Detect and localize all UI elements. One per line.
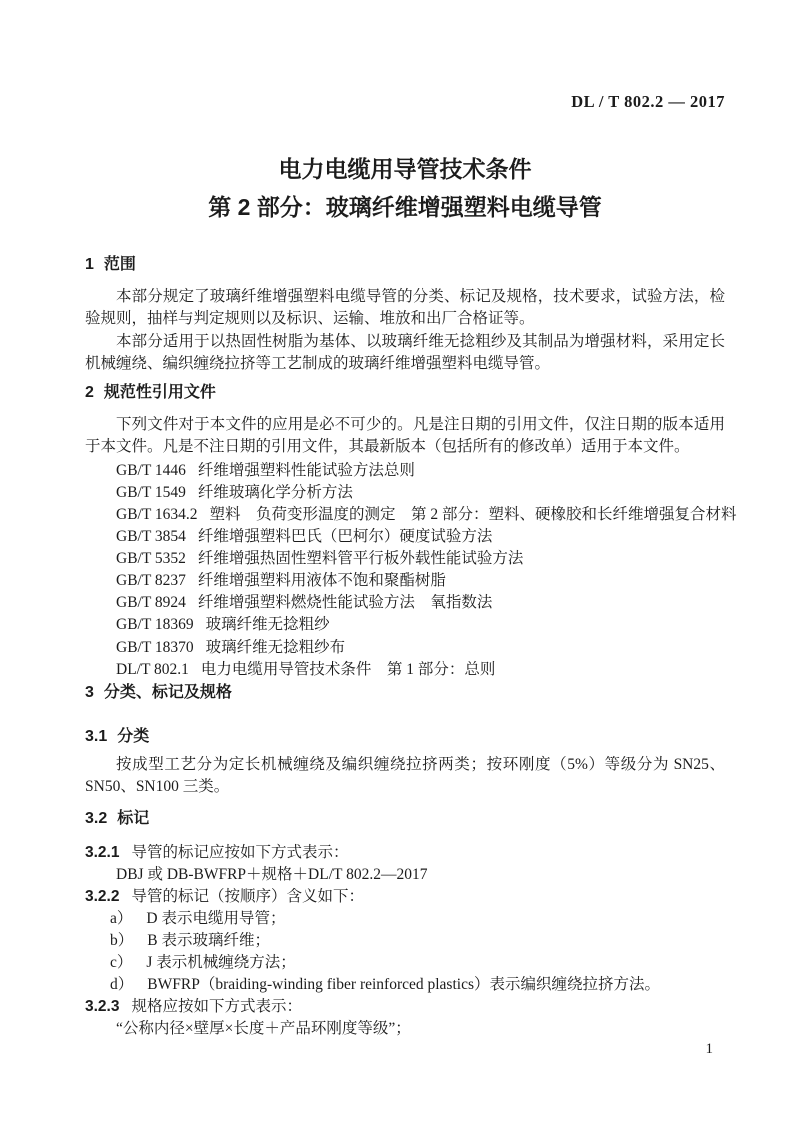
section-2-title: 规范性引用文件	[104, 384, 216, 401]
reference-item: GB/T 8924纤维增强塑料燃烧性能试验方法 氧指数法	[116, 592, 725, 614]
section-1-heading: 1范围	[85, 256, 725, 274]
clause-3-2-2-number: 3.2.2	[85, 888, 119, 905]
reference-title: 电力电缆用导管技术条件 第 1 部分：总则	[201, 661, 496, 678]
document-title-line2: 第 2 部分：玻璃纤维增强塑料电缆导管	[85, 188, 725, 226]
section-3-title: 分类、标记及规格	[104, 684, 232, 701]
reference-code: GB/T 1549	[116, 484, 186, 501]
reference-code: GB/T 1446	[116, 462, 186, 479]
reference-item: GB/T 5352纤维增强热固性塑料管平行板外载性能试验方法	[116, 548, 725, 570]
document-title-line1: 电力电缆用导管技术条件	[85, 150, 725, 188]
reference-list: GB/T 1446纤维增强塑料性能试验方法总则 GB/T 1549纤维玻璃化学分…	[85, 460, 725, 681]
list-item-text: BWFRP（braiding-winding fiber reinforced …	[147, 976, 660, 993]
reference-code: GB/T 5352	[116, 550, 186, 567]
reference-title: 纤维增强塑料燃烧性能试验方法 氧指数法	[198, 594, 493, 611]
section-1-paragraph-1: 本部分规定了玻璃纤维增强塑料电缆导管的分类、标记及规格，技术要求，试验方法，检验…	[85, 286, 725, 331]
list-item: a）D 表示电缆用导管；	[85, 908, 725, 930]
clause-3-2-3-number: 3.2.3	[85, 998, 119, 1015]
section-1-title: 范围	[104, 256, 136, 273]
reference-title: 塑料 负荷变形温度的测定 第 2 部分：塑料、硬橡胶和长纤维增强复合材料	[210, 506, 737, 523]
section-3-2-title: 标记	[117, 810, 149, 827]
reference-item: GB/T 18369玻璃纤维无捻粗纱	[116, 614, 725, 636]
section-2-heading: 2规范性引用文件	[85, 384, 725, 402]
list-item: d）BWFRP（braiding-winding fiber reinforce…	[85, 974, 725, 996]
reference-code: GB/T 1634.2	[116, 506, 198, 523]
reference-title: 纤维玻璃化学分析方法	[198, 484, 353, 501]
reference-item: GB/T 8237纤维增强塑料用液体不饱和聚酯树脂	[116, 570, 725, 592]
reference-item: GB/T 1634.2塑料 负荷变形温度的测定 第 2 部分：塑料、硬橡胶和长纤…	[116, 504, 725, 526]
section-3-2-heading: 3.2标记	[85, 810, 725, 828]
section-1-number: 1	[85, 256, 94, 273]
list-item: b）B 表示玻璃纤维；	[85, 930, 725, 952]
clause-3-2-2-text: 导管的标记（按顺序）含义如下：	[131, 888, 364, 905]
clause-3-2-3: 3.2.3规格应按如下方式表示：	[85, 996, 725, 1018]
clause-3-2-2: 3.2.2导管的标记（按顺序）含义如下：	[85, 886, 725, 908]
list-item-label: a）	[110, 910, 132, 927]
section-3-1-title: 分类	[117, 728, 149, 745]
list-item: c）J 表示机械缠绕方法；	[85, 952, 725, 974]
document-page: DL / T 802.2 — 2017 电力电缆用导管技术条件 第 2 部分：玻…	[0, 0, 803, 1122]
standard-number: DL / T 802.2 — 2017	[571, 92, 725, 112]
clause-3-2-1-number: 3.2.1	[85, 844, 119, 861]
reference-item: GB/T 18370玻璃纤维无捻粗纱布	[116, 637, 725, 659]
section-3-1-number: 3.1	[85, 728, 107, 745]
list-item-text: J 表示机械缠绕方法；	[146, 954, 295, 971]
reference-code: DL/T 802.1	[116, 661, 189, 678]
reference-item: GB/T 3854纤维增强塑料巴氏（巴柯尔）硬度试验方法	[116, 526, 725, 548]
reference-code: GB/T 8237	[116, 572, 186, 589]
reference-item: DL/T 802.1电力电缆用导管技术条件 第 1 部分：总则	[116, 659, 725, 681]
section-2-number: 2	[85, 384, 94, 401]
reference-item: GB/T 1446纤维增强塑料性能试验方法总则	[116, 460, 725, 482]
page-content: 电力电缆用导管技术条件 第 2 部分：玻璃纤维增强塑料电缆导管 1范围 本部分规…	[0, 0, 803, 1040]
clause-3-2-1-text: 导管的标记应按如下方式表示：	[131, 844, 348, 861]
reference-item: GB/T 1549纤维玻璃化学分析方法	[116, 482, 725, 504]
clause-3-2-3-text: 规格应按如下方式表示：	[131, 998, 302, 1015]
list-item-label: c）	[110, 954, 132, 971]
section-3-number: 3	[85, 684, 94, 701]
clause-3-2-1: 3.2.1导管的标记应按如下方式表示：	[85, 842, 725, 864]
section-1-paragraph-2: 本部分适用于以热固性树脂为基体、以玻璃纤维无捻粗纱及其制品为增强材料，采用定长机…	[85, 331, 725, 376]
reference-title: 纤维增强塑料用液体不饱和聚酯树脂	[198, 572, 446, 589]
document-title: 电力电缆用导管技术条件 第 2 部分：玻璃纤维增强塑料电缆导管	[85, 0, 725, 226]
reference-title: 纤维增强塑料巴氏（巴柯尔）硬度试验方法	[198, 528, 493, 545]
reference-code: GB/T 3854	[116, 528, 186, 545]
section-3-2-number: 3.2	[85, 810, 107, 827]
reference-title: 纤维增强塑料性能试验方法总则	[198, 462, 415, 479]
list-item-label: b）	[110, 932, 133, 949]
list-item-label: d）	[110, 976, 133, 993]
reference-title: 玻璃纤维无捻粗纱	[206, 616, 330, 633]
reference-title: 纤维增强热固性塑料管平行板外载性能试验方法	[198, 550, 524, 567]
section-3-heading: 3分类、标记及规格	[85, 684, 725, 702]
list-item-text: D 表示电缆用导管；	[146, 910, 285, 927]
list-item-text: B 表示玻璃纤维；	[147, 932, 270, 949]
reference-title: 玻璃纤维无捻粗纱布	[206, 639, 346, 656]
reference-code: GB/T 8924	[116, 594, 186, 611]
section-3-1-paragraph: 按成型工艺分为定长机械缠绕及编织缠绕拉挤两类；按环刚度（5%）等级分为 SN25…	[85, 754, 725, 799]
reference-code: GB/T 18370	[116, 639, 194, 656]
section-2-intro: 下列文件对于本文件的应用是必不可少的。凡是注日期的引用文件，仅注日期的版本适用于…	[85, 414, 725, 459]
marking-meaning-list: a）D 表示电缆用导管； b）B 表示玻璃纤维； c）J 表示机械缠绕方法； d…	[85, 908, 725, 996]
page-number: 1	[706, 1041, 714, 1058]
reference-code: GB/T 18369	[116, 616, 194, 633]
section-3-1-heading: 3.1分类	[85, 728, 725, 746]
spec-format: “公称内径×壁厚×长度＋产品环刚度等级”；	[85, 1018, 725, 1040]
marking-formula: DBJ 或 DB-BWFRP＋规格＋DL/T 802.2—2017	[85, 864, 725, 886]
